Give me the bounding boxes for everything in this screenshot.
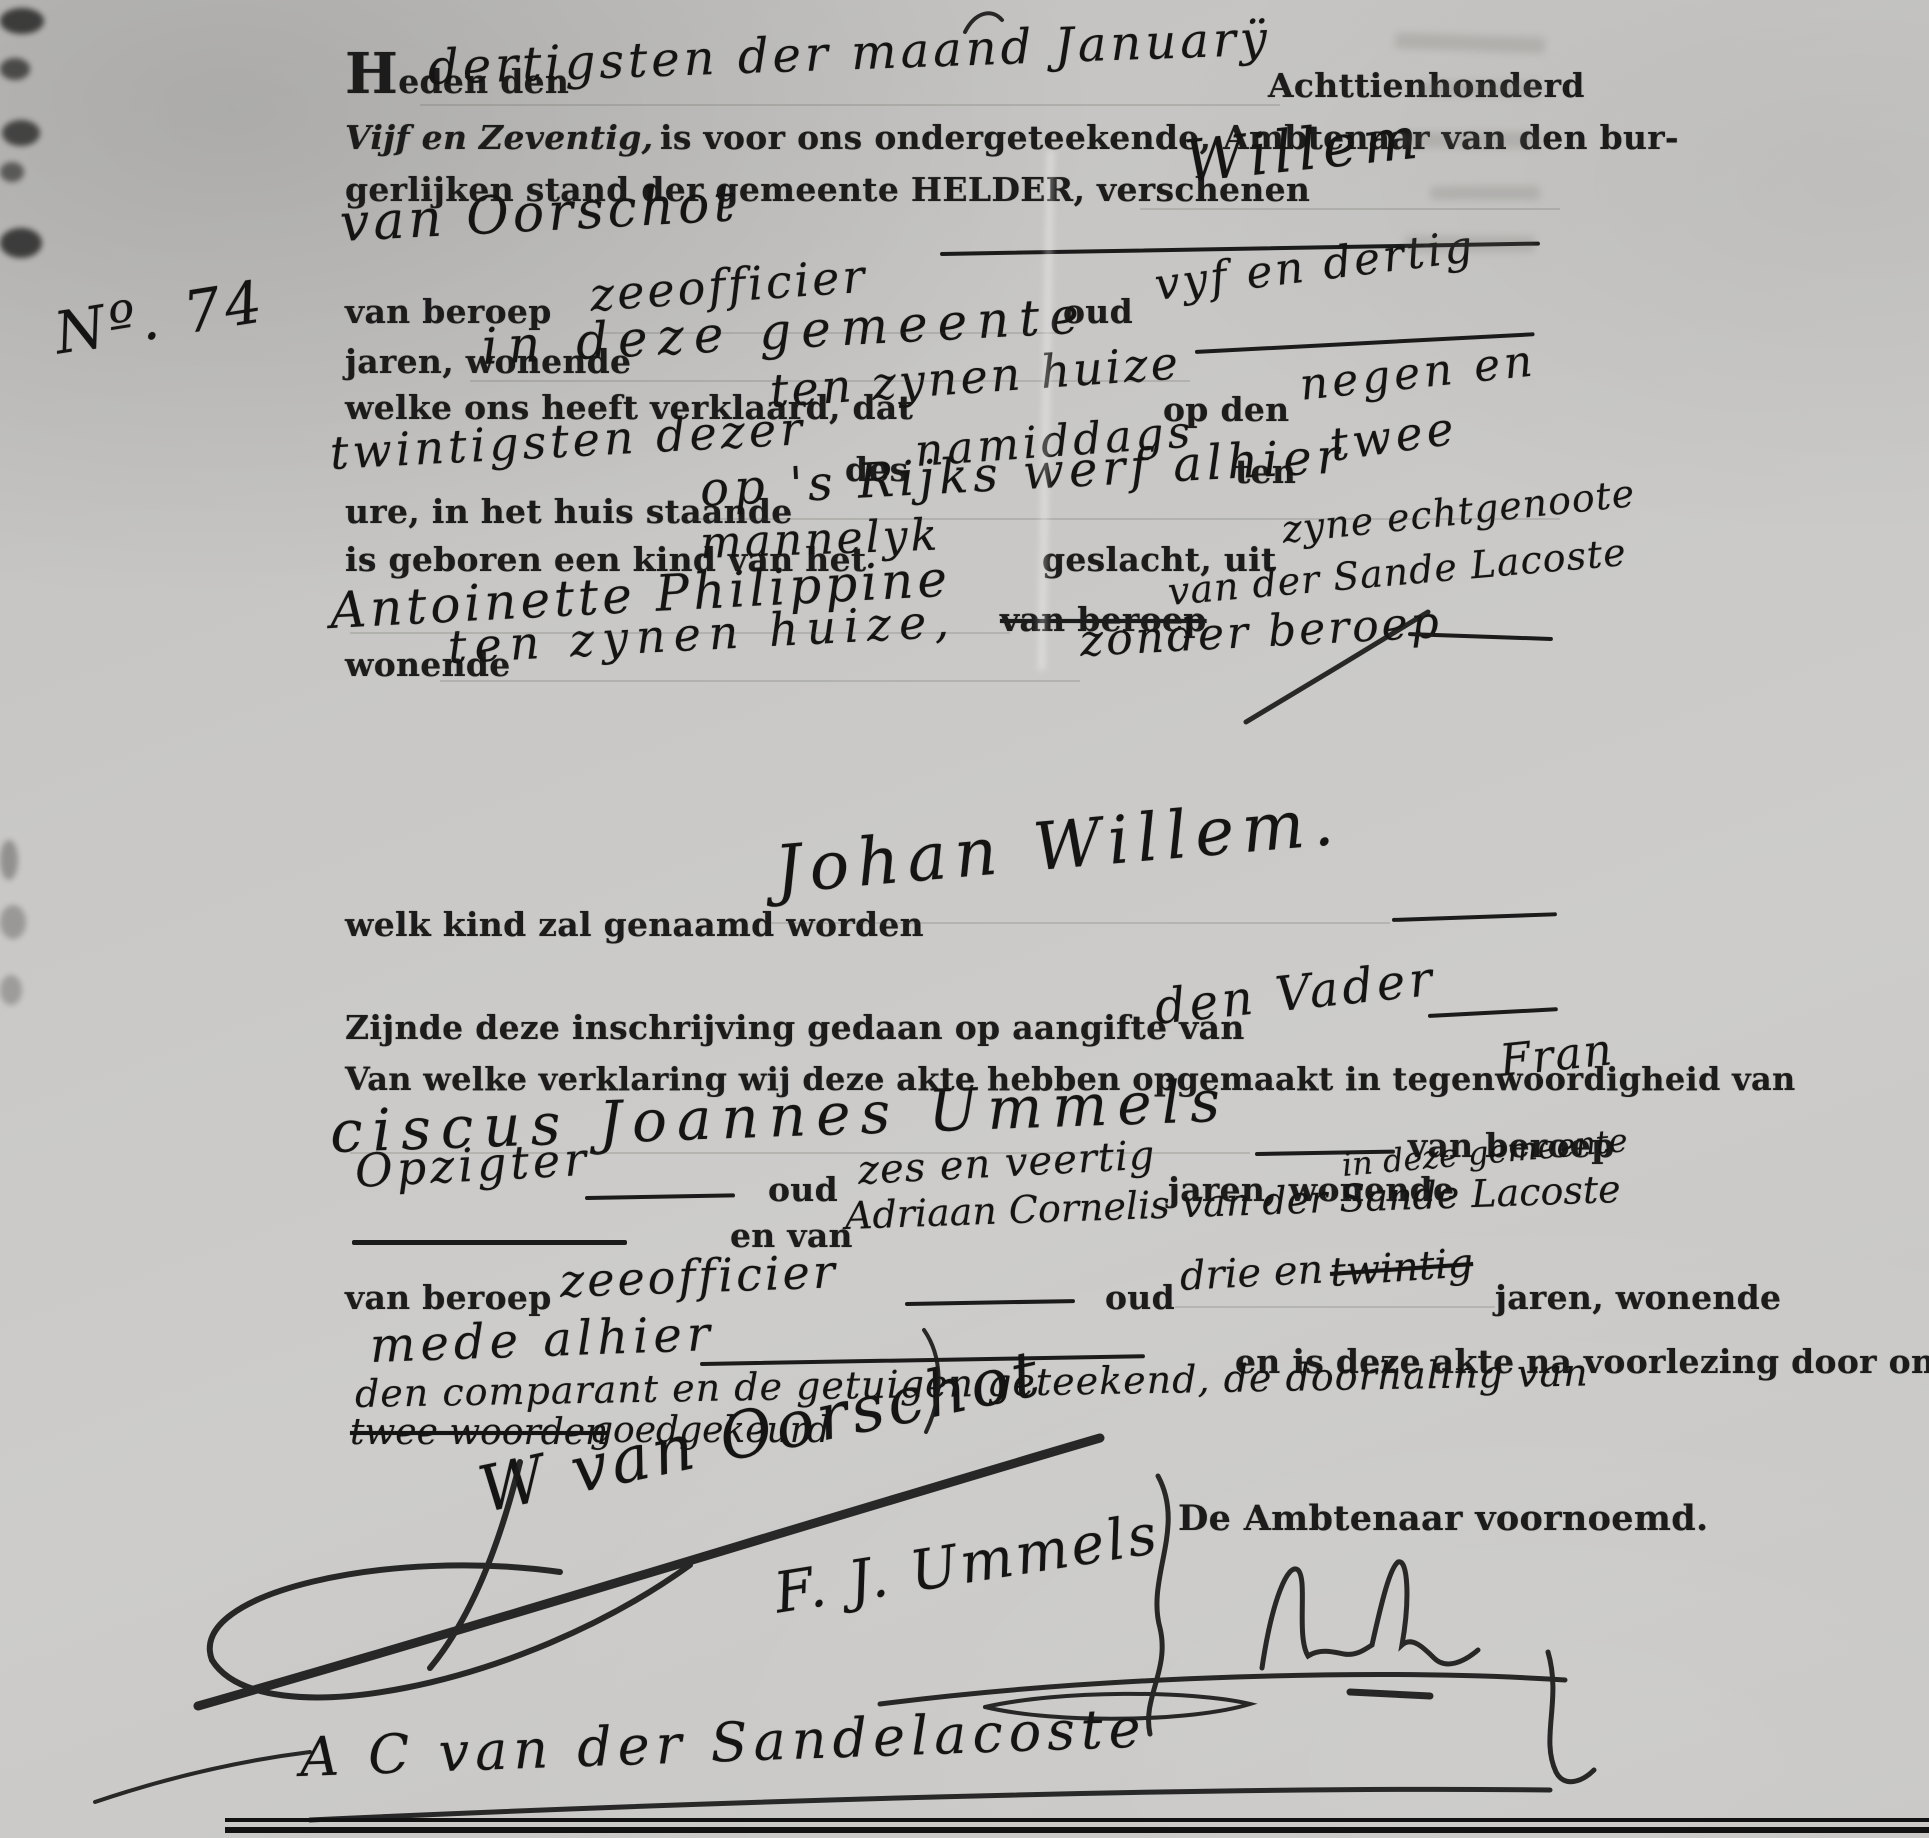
- bleedthrough-mark: [1405, 236, 1535, 252]
- guide-line: [600, 332, 1060, 334]
- edge-smudge: [0, 58, 30, 80]
- guide-line: [1175, 1306, 1495, 1308]
- lacoste-hook-stroke: [1548, 1652, 1594, 1782]
- edge-smudge: [0, 8, 44, 34]
- oorschot-diagonal-flourish: [198, 1438, 1100, 1706]
- registrar-underline: [1350, 1692, 1430, 1696]
- guide-line: [350, 1152, 1250, 1154]
- guide-line: [690, 518, 1560, 520]
- pen-flourishes: [0, 0, 1929, 1838]
- guide-line: [470, 380, 1190, 382]
- getuigen-flourish: [924, 1330, 939, 1432]
- blank-diagonal-stroke: [1246, 612, 1428, 722]
- bleedthrough-mark: [1400, 132, 1540, 148]
- top-mark-stroke: [965, 13, 1002, 32]
- bottom-rule-bottom: [225, 1827, 1929, 1833]
- guide-line: [350, 632, 1010, 634]
- guide-line: [440, 680, 1080, 682]
- bleedthrough-mark: [1430, 186, 1540, 200]
- edge-smudge: [2, 120, 40, 146]
- registrar-signature: [1262, 1562, 1478, 1668]
- birth-certificate-scan: Nº. 74 Heden den dertigsten der maand Ja…: [0, 0, 1929, 1838]
- edge-smudge: [0, 905, 26, 939]
- edge-smudge: [0, 840, 18, 880]
- edge-smudge: [0, 162, 24, 182]
- guide-line: [1140, 208, 1560, 210]
- guide-line: [420, 104, 1280, 106]
- bleedthrough-mark: [1420, 82, 1540, 96]
- lacoste-underline-flourish: [310, 1789, 1550, 1820]
- bottom-rule-top: [225, 1818, 1929, 1822]
- pointed-oval-flourish: [985, 1694, 1250, 1719]
- edge-smudge: [0, 975, 22, 1005]
- lacoste-leadin-stroke: [95, 1752, 310, 1802]
- edge-smudge: [0, 228, 42, 258]
- guide-line: [770, 922, 1390, 924]
